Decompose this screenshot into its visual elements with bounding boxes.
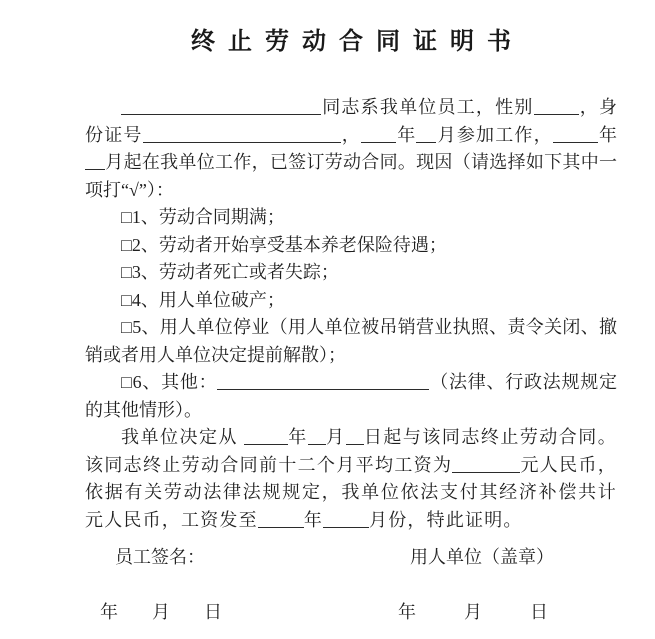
text-run: 月起在我单位工作，已签订劳动合同。现因（请选择如下其中一项打“√”）： — [85, 152, 617, 200]
text-run: 我单位决定从 — [121, 427, 244, 447]
date-row: 年月日 年月日 — [85, 598, 617, 626]
date-unit-label: 月 — [152, 598, 170, 626]
text-run: 月 — [326, 427, 346, 447]
blank-underline[interactable] — [244, 432, 288, 445]
date-unit-label: 日 — [204, 598, 222, 626]
intro-paragraph: 同志系我单位员工，性别，身份证号，年月参加工作，年月起在我单位工作，已签订劳动合… — [85, 94, 617, 204]
signature-row: 员工签名： 用人单位（盖章） — [85, 543, 617, 571]
blank-underline[interactable] — [452, 460, 520, 473]
blank-underline[interactable] — [346, 432, 364, 445]
option-5: □5、用人单位停业（用人单位被吊销营业执照、责令关闭、撤销或者用人单位决定提前解… — [85, 314, 617, 369]
blank-underline[interactable] — [416, 130, 436, 143]
text-run: 1、劳动合同期满； — [132, 207, 285, 227]
text-run: 3、劳动者死亡或者失踪； — [132, 262, 339, 282]
employer-seal-label: 用人单位（盖章） — [410, 543, 554, 571]
text-run: 月参加工作， — [436, 125, 552, 145]
certificate-document: 终止劳动合同证明书 同志系我单位员工，性别，身份证号，年月参加工作，年月起在我单… — [0, 0, 655, 639]
option-2: □2、劳动者开始享受基本养老保险待遇； — [85, 232, 617, 260]
option-3: □3、劳动者死亡或者失踪； — [85, 259, 617, 287]
checkbox-icon[interactable]: □ — [121, 290, 132, 310]
employee-signature-label: 员工签名： — [115, 543, 205, 571]
checkbox-icon[interactable]: □ — [121, 372, 133, 392]
text-run: ， — [341, 125, 361, 145]
checkbox-icon[interactable]: □ — [121, 317, 132, 337]
text-run: 同志系我单位员工，性别 — [321, 97, 534, 117]
blank-underline[interactable] — [217, 377, 429, 390]
document-body: 同志系我单位员工，性别，身份证号，年月参加工作，年月起在我单位工作，已签订劳动合… — [85, 94, 617, 534]
blank-underline[interactable] — [258, 515, 304, 528]
text-run: 年 — [304, 510, 323, 530]
blank-underline[interactable] — [553, 130, 598, 143]
text-run: 年 — [598, 125, 617, 145]
date-unit-label: 年 — [398, 598, 416, 626]
option-4: □4、用人单位破产； — [85, 287, 617, 315]
blank-underline[interactable] — [534, 102, 579, 115]
text-run: 6、其他： — [133, 372, 218, 392]
document-title: 终止劳动合同证明书 — [85, 26, 617, 58]
option-6: □6、其他：（法律、行政法规规定的其他情形）。 — [85, 369, 617, 424]
date-unit-label: 月 — [464, 598, 482, 626]
option-1: □1、劳动合同期满； — [85, 204, 617, 232]
blank-underline[interactable] — [308, 432, 326, 445]
closing-paragraph: 我单位决定从 年月日起与该同志终止劳动合同。该同志终止劳动合同前十二个月平均工资… — [85, 424, 617, 534]
text-run: 年 — [396, 125, 416, 145]
text-run: 年 — [288, 427, 308, 447]
date-unit-label: 年 — [100, 598, 118, 626]
blank-underline[interactable] — [361, 130, 396, 143]
blank-underline[interactable] — [85, 157, 105, 170]
checkbox-icon[interactable]: □ — [121, 207, 132, 227]
checkbox-icon[interactable]: □ — [121, 262, 132, 282]
checkbox-icon[interactable]: □ — [121, 235, 132, 255]
text-run: 5、用人单位停业（用人单位被吊销营业执照、责令关闭、撤销或者用人单位决定提前解散… — [85, 317, 617, 365]
blank-underline[interactable] — [323, 515, 369, 528]
text-run: 2、劳动者开始享受基本养老保险待遇； — [132, 235, 447, 255]
text-run: 月份，特此证明。 — [369, 510, 523, 530]
employee-date-fields: 年月日 — [100, 598, 222, 626]
date-unit-label: 日 — [530, 598, 548, 626]
blank-underline[interactable] — [143, 130, 341, 143]
blank-underline[interactable] — [121, 102, 321, 115]
employer-date-fields: 年月日 — [398, 598, 548, 626]
text-run: 4、用人单位破产； — [132, 290, 285, 310]
